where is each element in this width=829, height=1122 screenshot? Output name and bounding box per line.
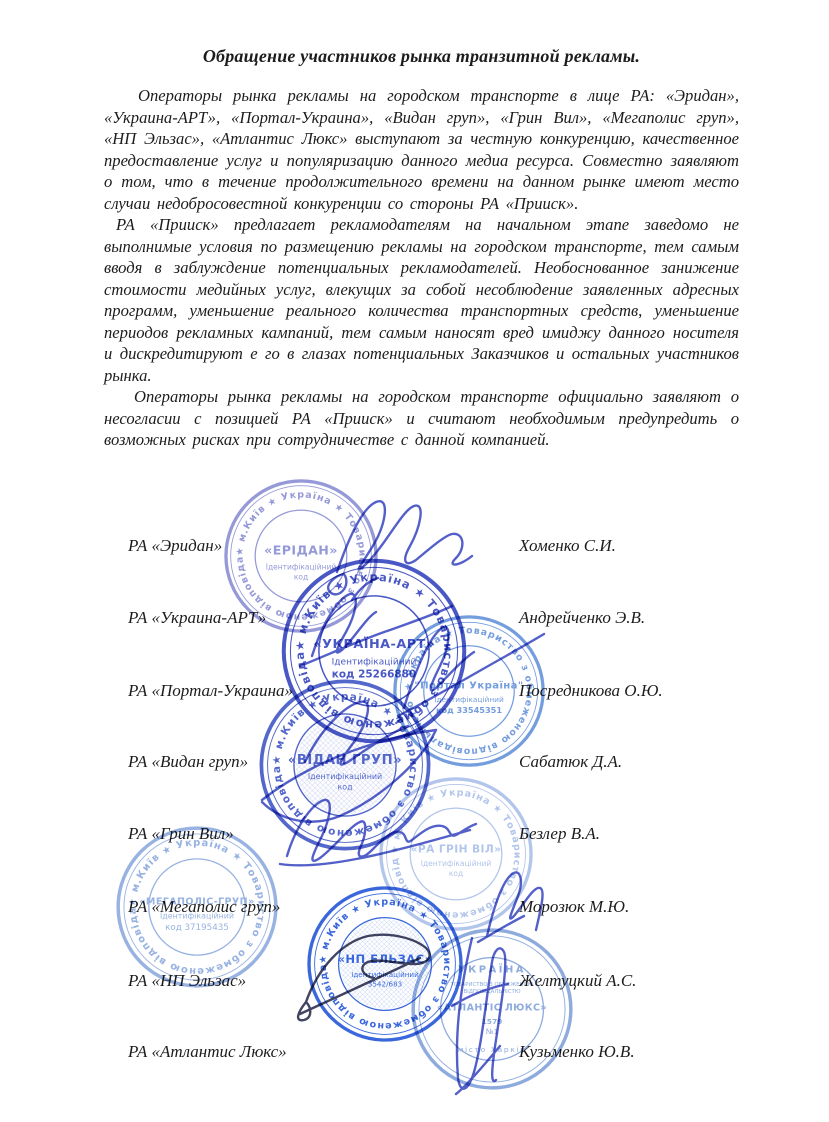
stamp-id-label: Ідентифікаційний (266, 562, 337, 571)
company-label-grin-vil: РА «Грин Вил» (128, 824, 234, 844)
company-label-megapolis: РА «Мегаполис груп» (128, 897, 280, 917)
stamp-company-name: «РА ГРІН ВІЛ» (411, 842, 502, 855)
stamp-legal-form-2: ВІДПОВІДАЛЬНІСТЮ (463, 989, 520, 995)
stamp-ring-text: ★ м. Київ ★ Україна ★ Товариство з обмеж… (377, 775, 523, 921)
signer-name-bezler: Безлер В.А. (519, 824, 600, 844)
stamp-id-label: Ідентифікаційний (332, 657, 417, 667)
company-label-vidan: РА «Видан груп» (128, 752, 248, 772)
stamp-ring-text: ★ м.Київ ★ Україна ★ Товариство з обмеже… (305, 884, 452, 1031)
svg-text:★ м.Київ ★ Україна ★ Товариств: ★ м.Київ ★ Україна ★ Товариство з обмеже… (257, 677, 419, 839)
paragraph-2: РА «Прииск» предлагает рекламодателям на… (104, 214, 739, 386)
company-label-eridan: РА «Эридан» (128, 536, 222, 556)
signature-zheltutsky (298, 935, 430, 1021)
paragraph-3: Операторы рынка рекламы на городском тра… (104, 386, 739, 451)
stamp-atlantis-luks: УКРАЇНА ТОВАРИСТВО З ОБМЕЖЕНОЮ ВІДПОВІДА… (409, 926, 575, 1092)
scanned-document-page: Обращение участников рынка транзитной ре… (0, 0, 829, 1122)
signer-name-posrednikova: Посредникова О.Ю. (519, 681, 663, 701)
signature-posrednikova (398, 627, 544, 716)
svg-text:★ м.Київ ★ Україна ★ Товариств: ★ м.Київ ★ Україна ★ Товариство з обмеже… (279, 556, 455, 732)
signature-bezler (280, 800, 476, 866)
stamp-ring-text: ★ м.Київ ★ Україна ★ Товариство з обмеже… (279, 556, 455, 732)
stamp-id-code: код 33545351 (436, 705, 502, 715)
stamp-vidan-grup: ★ м.Київ ★ Україна ★ Товариство з обмеже… (257, 677, 433, 853)
company-label-ukraina-art: РА «Украина-АРТ» (128, 608, 266, 628)
document-text-block: Обращение участников рынка транзитной ре… (0, 0, 829, 451)
stamp-id-code: код 25266880 (332, 669, 416, 681)
company-label-portal: РА «Портал-Украина» (128, 681, 293, 701)
stamp-city-text: місто Харків (458, 1045, 526, 1054)
signature-kuzmenko (452, 938, 508, 1094)
stamp-company-name: «УКРАЇНА-АРТ» (313, 636, 434, 652)
signer-name-sabatyuk: Сабатюк Д.А. (519, 752, 622, 772)
stamp-id-code: код 37195435 (165, 923, 229, 933)
document-title: Обращение участников рынка транзитной ре… (104, 46, 739, 67)
stamp-id-code: 1579 (482, 1017, 503, 1026)
stamp-number: №1 (486, 1027, 499, 1036)
stamp-company-name: «АТЛАНТІС ЛЮКС» (437, 1003, 547, 1014)
signer-name-andreichenko: Андрейченко Э.В. (519, 608, 645, 628)
svg-text:★ м.Київ ★ Україна ★ Товариств: ★ м.Київ ★ Україна ★ Товариство з обмеже… (222, 477, 368, 623)
stamp-company-name: "Портал Україна" (414, 680, 523, 692)
stamp-id-code: код (294, 573, 308, 582)
stamp-country-text: УКРАЇНА (458, 961, 526, 975)
stamp-id-code: 3542/683 (368, 979, 402, 988)
svg-text:★ Україна ★ Товариство з обмеж: ★ Україна ★ Товариство з обмеженою відпо… (391, 613, 535, 757)
signer-name-kuzmenko: Кузьменко Ю.В. (519, 1042, 635, 1062)
signer-name-morozyuk: Морозюк М.Ю. (519, 897, 629, 917)
stamp-id-label: Ідентифікаційний (434, 695, 504, 704)
paragraph-1: Операторы рынка рекламы на городском тра… (104, 85, 739, 214)
company-label-elzas: РА «НП Эльзас» (128, 971, 246, 991)
stamp-ring-text: ★ Україна ★ Товариство з обмеженою відпо… (391, 613, 535, 757)
signature-khomenko (328, 501, 472, 594)
stamp-id-label: Ідентифікаційний (351, 970, 419, 979)
stamp-ukraina-art: ★ м.Київ ★ Україна ★ Товариство з обмеже… (279, 556, 469, 746)
svg-text:★ м. Київ ★ Україна ★ Товарист: ★ м. Київ ★ Україна ★ Товариство з обмеж… (377, 775, 523, 921)
stamp-ring-text: ★ м.Київ ★ Україна ★ Товариство з обмеже… (222, 477, 368, 623)
stamp-company-name: «ЕРІДАН» (264, 542, 338, 557)
stamp-id-label: Ідентифікаційний (308, 772, 382, 781)
stamp-ring-text: ★ м.Київ ★ Україна ★ Товариство з обмеже… (257, 677, 419, 839)
svg-text:★ м.Київ ★ Україна ★ Товариств: ★ м.Київ ★ Україна ★ Товариство з обмеже… (305, 884, 452, 1031)
signature-andreichenko (300, 578, 452, 666)
stamp-company-name: «НП ЕЛЬЗАС» (338, 952, 433, 966)
stamp-np-elzas: ★ м.Київ ★ Україна ★ Товариство з обмеже… (305, 884, 465, 1044)
company-label-atlantis: РА «Атлантис Люкс» (128, 1042, 287, 1062)
signer-name-khomenko: Хоменко С.И. (519, 536, 616, 556)
stamp-company-name: «ВІДАН ГРУП» (288, 753, 402, 768)
stamp-grin-vil: ★ м. Київ ★ Україна ★ Товариство з обмеж… (377, 775, 535, 933)
signature-sabatyuk (262, 702, 436, 822)
stamp-id-code: код (337, 783, 353, 792)
stamp-id-label: Ідентифікаційний (421, 859, 492, 868)
stamp-id-code: код (449, 869, 463, 878)
signer-name-zheltutsky: Желтуцкий А.С. (519, 971, 636, 991)
